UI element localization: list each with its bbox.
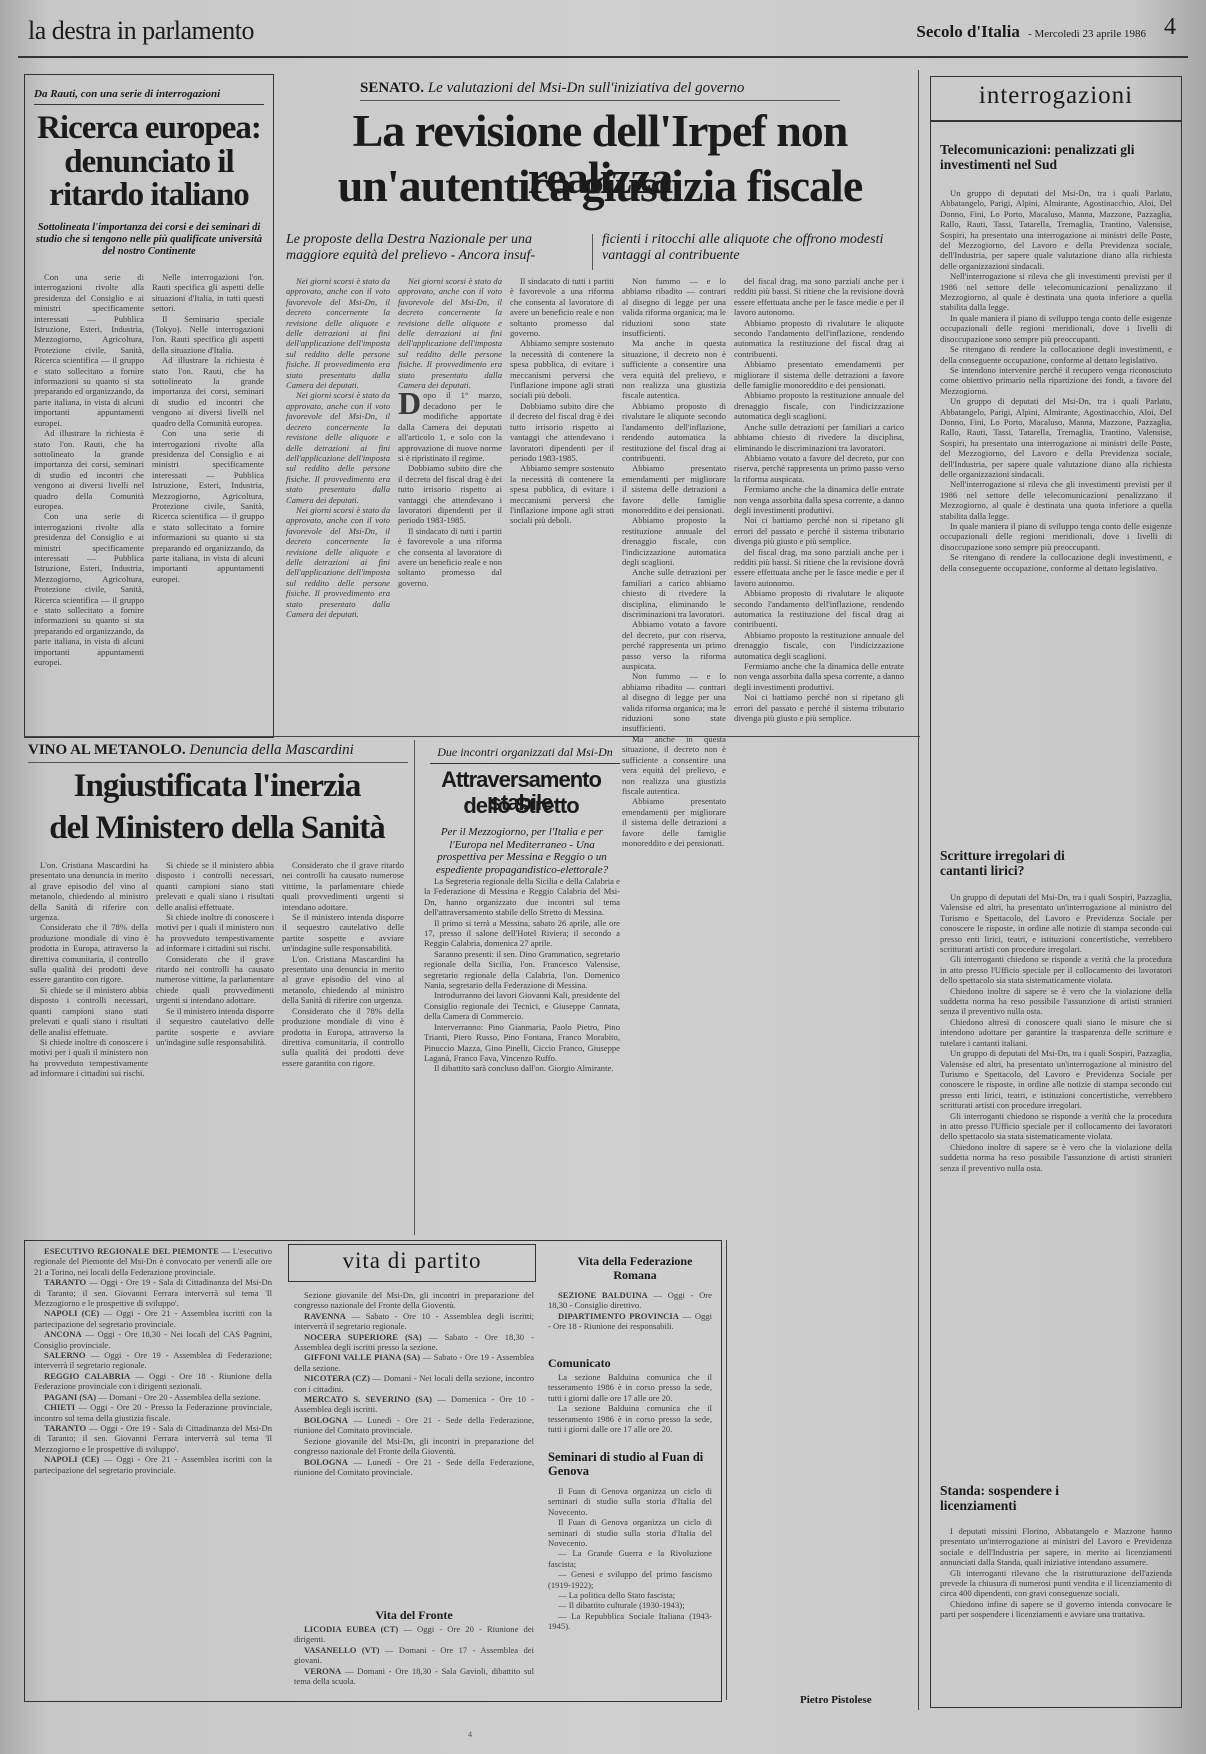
main-deck-right: ficienti i ritocchi alle aliquote che of…	[602, 232, 918, 264]
metanolo-kicker: VINO AL METANOLO. Denuncia della Mascard…	[28, 742, 354, 759]
stretto-headline-line2: dello Stretto	[416, 794, 626, 817]
interrogazione-body-telecom: Un gruppo di deputati del Msi-Dn, tra i …	[940, 188, 1172, 803]
main-body-col5: del fiscal drag, ma sono parziali anche …	[734, 276, 904, 1616]
issue-date: - Mercoledì 23 aprile 1986	[1028, 28, 1146, 40]
vita-del-fronte-title: Vita del Fronte	[294, 1608, 534, 1623]
column-rule	[726, 1240, 727, 1700]
section-rule	[24, 736, 920, 737]
main-body-col3: Il sindacato di tutti i partiti è favore…	[510, 276, 614, 731]
main-intro-col1: Nei giorni scorsi è stato da approvato, …	[286, 276, 390, 731]
main-deck-left: Le proposte della Destra Nazionale per u…	[286, 232, 586, 264]
metanolo-body-col2: Si chiede se il ministero abbia disposto…	[156, 860, 274, 1235]
vita-di-partito-title: vita di partito	[288, 1248, 536, 1274]
left-body-col2: Nelle interrogazioni l'on. Rauti specifi…	[152, 272, 264, 727]
main-deck-divider	[592, 234, 593, 270]
column-rule	[918, 70, 919, 1710]
interrogazione-body-standa: I deputati missini Florino, Abbatangelo …	[940, 1526, 1172, 1701]
metanolo-headline-line2: del Ministero della Sanità	[22, 812, 412, 846]
column-rule	[414, 740, 415, 1235]
metanolo-body-col3: Considerato che il grave ritardo nei con…	[282, 860, 404, 1235]
seminari-body: Il Fuan di Genova organizza un ciclo di …	[548, 1486, 712, 1686]
comunicato-title: Comunicato	[548, 1356, 611, 1371]
seminari-title: Seminari di studio al Fuan di Genova	[548, 1450, 708, 1478]
left-deck: Sottolineata l'importanza dei corsi e de…	[34, 222, 264, 258]
federazione-romana-body: SEZIONE BALDUINA — Oggi - Ore 18,30 - Co…	[548, 1290, 712, 1350]
metanolo-headline-line1: Ingiustificata l'inerzia	[22, 770, 412, 804]
vita-col1: ESECUTIVO REGIONALE DEL PIEMONTE — L'ese…	[34, 1246, 272, 1691]
interrogazione-title-standa: Standa: sospendere i licenziamenti	[940, 1483, 1070, 1513]
interrogazione-title-telecom: Telecomunicazioni: penalizzati gli inves…	[940, 142, 1160, 172]
stretto-kicker: Due incontri organizzati dal Msi-Dn	[430, 745, 620, 764]
section-running-title: la destra in parlamento	[28, 16, 254, 46]
main-headline-line2: un'autentica giustizia fiscale	[280, 163, 920, 210]
masthead: Secolo d'Italia - Mercoledì 23 aprile 19…	[916, 22, 1146, 42]
comunicato-body: La sezione Balduina comunica che il tess…	[548, 1372, 712, 1446]
federazione-romana-title: Vita della Federazione Romana	[560, 1254, 710, 1283]
main-kicker: SENATO. Le valutazioni del Msi-Dn sull'i…	[360, 80, 744, 97]
vita-del-fronte-body: LICODIA EUBEA (CT) — Oggi - Ore 20 - Riu…	[294, 1624, 534, 1696]
page-number: 4	[1164, 14, 1176, 41]
stretto-deck: Per il Mezzogiorno, per l'Italia e per l…	[424, 826, 620, 877]
metanolo-body-col1: L'on. Cristiana Mascardini ha presentato…	[30, 860, 148, 1235]
left-kicker: Da Rauti, con una serie di interrogazion…	[34, 88, 264, 105]
dropcap: D	[398, 390, 421, 416]
vita-col2: Sezione giovanile del Msi-Dn, gli incont…	[294, 1290, 534, 1600]
interrogazione-title-cantanti: Scritture irregolari di cantanti lirici?	[940, 848, 1090, 878]
left-body-col1: Con una serie di interrogazioni rivolte …	[34, 272, 144, 727]
left-headline: Ricerca europea: denunciato il ritardo i…	[34, 112, 264, 213]
metanolo-kicker-rule	[28, 762, 408, 763]
interrogazioni-title-rule	[930, 120, 1182, 122]
main-kicker-rule	[360, 100, 840, 101]
header-rule	[18, 56, 1188, 58]
interrogazione-body-cantanti: Un gruppo di deputati del Msi-Dn, tra i …	[940, 892, 1172, 1442]
newspaper-page: la destra in parlamento Secolo d'Italia …	[0, 0, 1206, 1754]
stretto-body: La Segreteria regionale della Sicilia e …	[424, 876, 620, 1236]
interrogazioni-title: interrogazioni	[932, 82, 1180, 110]
main-body-col2: Nei giorni scorsi è stato da approvato, …	[398, 276, 502, 731]
main-signature: Pietro Pistolese	[800, 1694, 872, 1706]
newspaper-name: Secolo d'Italia	[916, 22, 1019, 41]
footer-page-mark: 4	[468, 1730, 472, 1739]
